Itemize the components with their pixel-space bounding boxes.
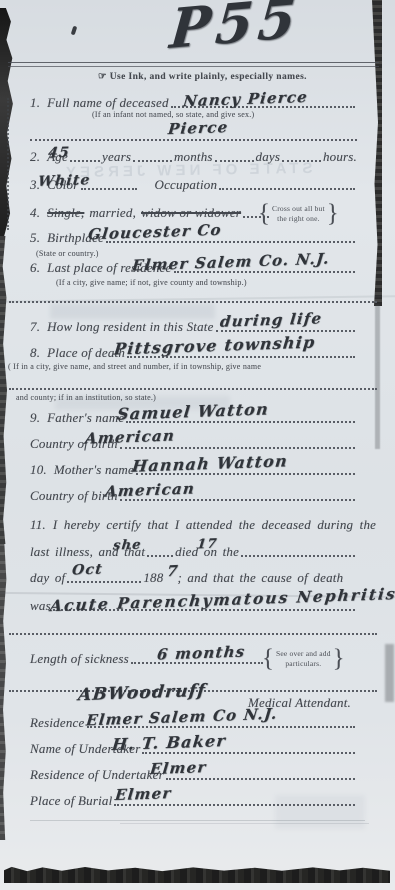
marital-option-single: Single, [47,206,84,220]
handwritten-burial-place: Elmer [114,786,172,803]
certificate-text: day of [30,571,65,585]
item-number: 9. [30,411,40,425]
see-over-note-line2: particulars. [285,659,321,668]
crossout-note: { Cross out all but the right one. } [258,201,339,226]
handwritten-year-digit: 7 [166,564,179,579]
brace-close: } [333,646,345,671]
marital-option-widow: widow or widower [141,206,241,220]
right-edge-fade [375,304,380,449]
bottom-scan-band [4,866,390,883]
handwritten-color: White [37,173,91,189]
field-row-father-country: Country of birth [30,437,357,451]
dotted-leader [147,552,173,557]
field-label: Residence of Undertaker [30,768,164,782]
field-row-marital-status: 4. Single, married, widow or widower [30,206,255,220]
field-hint: (If a city, give name; if not, give coun… [56,278,247,287]
field-label: Place of Burial [30,794,112,808]
handwritten-mother-country: American [104,481,196,499]
dotted-leader [215,157,254,162]
dotted-leader [282,157,321,162]
section-separator [9,633,377,635]
dotted-leader [67,578,141,583]
section-separator [9,388,377,390]
crossout-note-line1: Cross out all but [272,204,325,213]
handwritten-page-number: P55 [168,0,303,56]
faint-bottom-rule [120,823,369,824]
field-label: Father's name [47,411,124,425]
see-over-note: { See over and add particulars. } [262,646,345,671]
right-edge-band [372,0,382,306]
brace-open: { [258,201,270,226]
handwritten-resident-duration: during life [219,311,323,330]
dotted-leader [133,157,172,162]
field-hint: and county; if in an institution, so sta… [16,393,156,402]
field-label: Length of sickness [30,652,129,666]
section-separator [9,301,377,303]
unit-label-days: days [256,150,281,164]
pen-stray-mark [71,26,78,36]
field-hint: (If an infant not named, so state, and g… [92,110,254,119]
handwritten-death-day: 17 [196,538,218,552]
certificate-text: ; and that the cause of death [177,571,343,585]
certificate-line1: 11. I hereby certify that I attended the… [30,518,357,532]
field-hint: ( If in a city, give name, and street an… [8,362,261,371]
item-number: 10. [30,463,47,477]
handwritten-pronoun: she [112,538,142,552]
item-number: 8. [30,346,40,360]
see-over-note-line1: See over and add [276,649,331,658]
torn-left-edge [0,8,14,236]
printed-year: 188 [143,571,163,585]
handwritten-sickness-length: 6 months [156,644,246,662]
handwritten-death-month: Oct [71,562,103,577]
handwritten-name-overflow: Pierce [167,120,229,137]
right-edge-blob [385,644,394,702]
handwritten-undertaker-name: H. T. Baker [111,733,227,753]
field-label: Full name of deceased [47,96,169,110]
item-number: 5. [30,231,40,245]
hand-pointer-icon: ☞ [98,72,107,82]
handwritten-age: 45 [47,146,70,161]
unit-label-hours: hours. [323,150,357,164]
handwritten-father-country: American [84,428,176,446]
item-number: 7. [30,320,40,334]
bleedthrough-smudge [50,303,215,319]
dotted-leader [219,185,355,190]
handwritten-undertaker-residence: Elmer [149,760,207,777]
instruction-text: Use Ink, and write plainly, especially n… [110,72,307,82]
field-hint: (State or country.) [36,249,99,258]
certificate-text: was [30,599,51,613]
death-certificate-scan: STATE OF NEW JERSEY P55 ☞ Use Ink, and w… [0,0,395,890]
left-edge-band-mid [0,236,9,544]
field-row-place-of-burial: Place of Burial [30,794,357,808]
left-edge-band-low [0,544,8,840]
crossout-note-line2: the right one. [277,214,320,223]
dotted-leader [70,157,100,162]
overflow-dotted-line [30,139,357,141]
certificate-text: I hereby certify that I attended the dec… [53,518,376,532]
marital-option-married: married, [89,206,136,220]
instruction-line: ☞ Use Ink, and write plainly, especially… [60,71,345,82]
item-number: 4. [30,206,40,220]
item-number: 6. [30,261,40,275]
occupation-label: Occupation [155,178,218,192]
field-label: Mother's name [54,463,134,477]
brace-close: } [327,201,339,226]
unit-label-years: years [102,150,131,164]
certificate-line2: last illness, and that died on the [30,545,357,559]
faint-bottom-rule [30,820,365,821]
item-number: 1. [30,96,40,110]
year-digit-slot [165,580,175,583]
field-label: Residence [30,716,85,730]
unit-label-months: months [174,150,213,164]
perforation-dots [7,98,9,230]
dotted-leader [241,552,355,557]
field-label: How long resident in this State [47,320,213,334]
handwritten-attendant-signature: ABWoodruff [77,683,206,705]
item-number: 2. [30,150,40,164]
field-row-age: 2. Age years months days hours. [30,150,357,164]
handwritten-full-name: Nancy Pierce [182,90,308,109]
header-double-rule [8,62,379,67]
item-number: 11. [30,518,46,532]
brace-open: { [262,646,274,671]
